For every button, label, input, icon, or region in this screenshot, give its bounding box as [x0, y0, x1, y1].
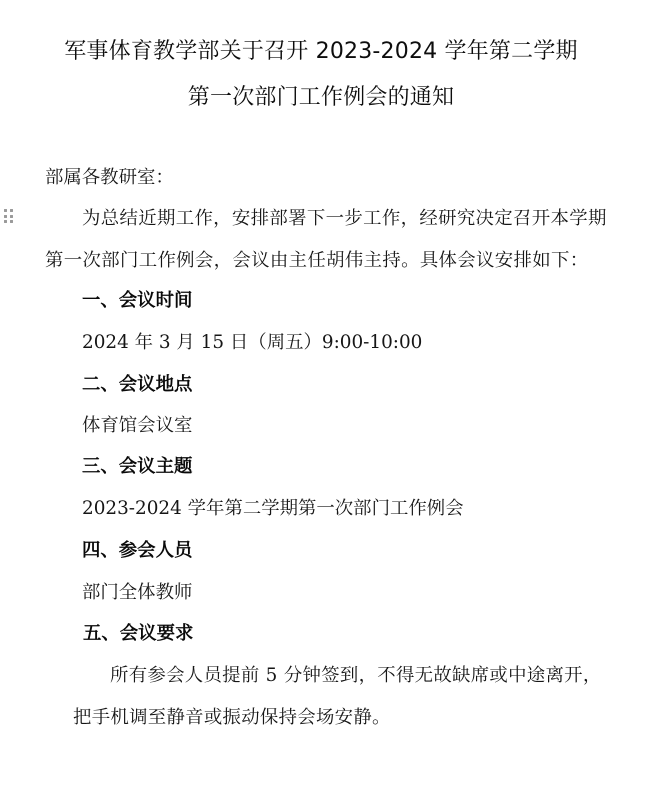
- section-content-topic: 2023-2024 学年第二学期第一次部门工作例会: [82, 497, 464, 521]
- section-content-location: 体育馆会议室: [82, 414, 192, 438]
- document-title-line-2: 第一次部门工作例会的通知: [0, 84, 642, 112]
- drag-dot: [10, 215, 13, 218]
- drag-dot: [4, 209, 7, 212]
- section-content-requirements-line-2: 把手机调至静音或振动保持会场安静。: [73, 706, 391, 730]
- drag-handle-icon[interactable]: [4, 209, 14, 225]
- section-heading-time: 一、会议时间: [82, 289, 192, 313]
- section-heading-location: 二、会议地点: [82, 373, 192, 397]
- section-content-requirements-line-1: 所有参会人员提前 5 分钟签到，不得无故缺席或中途离开，: [110, 664, 602, 688]
- drag-dot: [4, 215, 7, 218]
- section-heading-topic: 三、会议主题: [82, 455, 192, 479]
- intro-paragraph-line-2: 第一次部门工作例会，会议由主任胡伟主持。具体会议安排如下：: [45, 249, 588, 273]
- section-heading-attendees: 四、参会人员: [82, 539, 192, 563]
- section-content-time: 2024 年 3 月 15 日（周五）9:00-10:00: [82, 331, 422, 355]
- drag-dot: [10, 209, 13, 212]
- drag-dot: [4, 220, 7, 223]
- document-title-line-1: 军事体育教学部关于召开 2023-2024 学年第二学期: [0, 38, 642, 66]
- section-content-attendees: 部门全体教师: [82, 581, 192, 605]
- intro-paragraph-line-1: 为总结近期工作，安排部署下一步工作，经研究决定召开本学期: [82, 207, 607, 231]
- section-heading-requirements: 五、会议要求: [83, 622, 193, 646]
- drag-dot: [10, 220, 13, 223]
- salutation: 部属各教研室：: [45, 166, 174, 190]
- document-page: 军事体育教学部关于召开 2023-2024 学年第二学期 第一次部门工作例会的通…: [0, 0, 666, 811]
